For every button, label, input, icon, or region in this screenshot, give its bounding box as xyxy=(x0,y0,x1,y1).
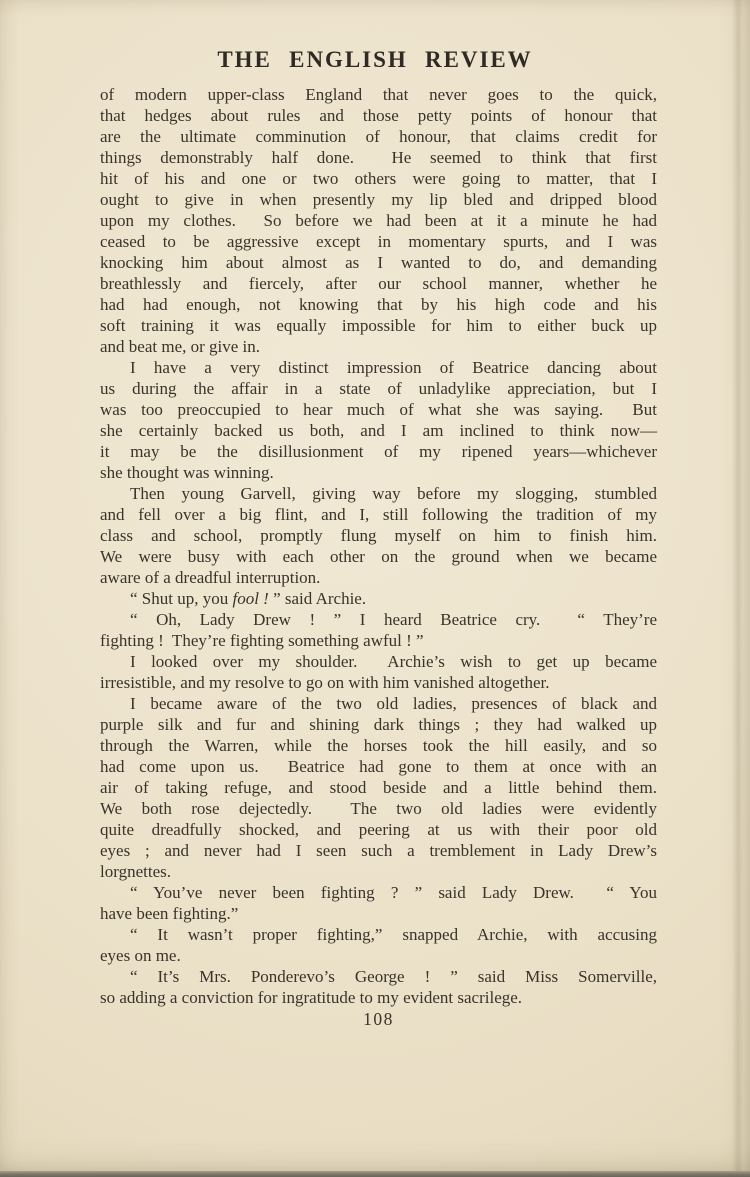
text-line: and beat me, or give in. xyxy=(100,336,657,357)
text-block: of modern upper-class England that never… xyxy=(100,84,657,1030)
text-segment: quite dreadfully shocked, and peering at… xyxy=(100,820,657,839)
text-segment: “ You’ve never been fighting ? ” said La… xyxy=(130,883,657,902)
text-line: We were busy with each other on the grou… xyxy=(100,546,657,567)
paragraph: “ Shut up, you fool ! ” said Archie. xyxy=(100,588,657,609)
text-line: “ It’s Mrs. Ponderevo’s George ! ” said … xyxy=(100,966,657,987)
text-segment: ought to give in when presently my lip b… xyxy=(100,190,657,209)
text-segment: air of taking refuge, and stood beside a… xyxy=(100,778,657,797)
text-line: eyes ; and never had I seen such a tremb… xyxy=(100,840,657,861)
text-line: and fell over a big flint, and I, still … xyxy=(100,504,657,525)
text-segment: ” said Archie. xyxy=(269,589,366,608)
paragraph: “ It wasn’t proper fighting,” snapped Ar… xyxy=(100,924,657,966)
text-segment: she certainly backed us both, and I am i… xyxy=(100,421,657,440)
paragraph: Then young Garvell, giving way before my… xyxy=(100,483,657,588)
text-line: knocking him about almost as I wanted to… xyxy=(100,252,657,273)
text-segment: I looked over my shoulder. Archie’s wish… xyxy=(130,652,657,671)
text-line: had come upon us. Beatrice had gone to t… xyxy=(100,756,657,777)
paragraph: I have a very distinct impression of Bea… xyxy=(100,357,657,483)
italic-text: fool ! xyxy=(232,589,268,608)
text-line: I have a very distinct impression of Bea… xyxy=(100,357,657,378)
text-line: “ Oh, Lady Drew ! ” I heard Beatrice cry… xyxy=(100,609,657,630)
text-segment: purple silk and fur and shining dark thi… xyxy=(100,715,657,734)
text-line: had had enough, not knowing that by his … xyxy=(100,294,657,315)
text-segment: knocking him about almost as I wanted to… xyxy=(100,253,657,272)
paragraph: I looked over my shoulder. Archie’s wish… xyxy=(100,651,657,693)
text-segment: of modern upper-class England that never… xyxy=(100,85,657,104)
text-line: through the Warren, while the horses too… xyxy=(100,735,657,756)
text-line: eyes on me. xyxy=(100,945,657,966)
text-line: was too preoccupied to hear much of what… xyxy=(100,399,657,420)
text-segment: that hedges about rules and those petty … xyxy=(100,106,657,125)
text-segment: “ Shut up, you xyxy=(130,589,232,608)
page-title: THE ENGLISH REVIEW xyxy=(0,47,750,73)
text-line: quite dreadfully shocked, and peering at… xyxy=(100,819,657,840)
text-segment: “ Oh, Lady Drew ! ” I heard Beatrice cry… xyxy=(130,610,657,629)
text-segment: “ It’s Mrs. Ponderevo’s George ! ” said … xyxy=(130,967,657,986)
text-segment: had come upon us. Beatrice had gone to t… xyxy=(100,757,657,776)
text-line: I looked over my shoulder. Archie’s wish… xyxy=(100,651,657,672)
text-line: air of taking refuge, and stood beside a… xyxy=(100,777,657,798)
text-segment: so adding a conviction for ingratitude t… xyxy=(100,988,522,1007)
text-segment: fighting ! They’re fighting something aw… xyxy=(100,631,424,650)
book-page-scan: THE ENGLISH REVIEW of modern upper-class… xyxy=(0,0,750,1177)
text-segment: “ It wasn’t proper fighting,” snapped Ar… xyxy=(130,925,657,944)
text-line: irresistible, and my resolve to go on wi… xyxy=(100,672,657,693)
text-line: have been fighting.” xyxy=(100,903,657,924)
text-segment: Then young Garvell, giving way before my… xyxy=(130,484,657,503)
scan-bottom-edge xyxy=(0,1171,750,1177)
text-line: aware of a dreadful interruption. xyxy=(100,567,657,588)
text-segment: and fell over a big flint, and I, still … xyxy=(100,505,657,524)
text-segment: and beat me, or give in. xyxy=(100,337,260,356)
text-line: ceased to be aggressive except in moment… xyxy=(100,231,657,252)
text-line: breathlessly and fiercely, after our sch… xyxy=(100,273,657,294)
text-line: lorgnettes. xyxy=(100,861,657,882)
text-line: “ You’ve never been fighting ? ” said La… xyxy=(100,882,657,903)
text-line: of modern upper-class England that never… xyxy=(100,84,657,105)
paragraph: “ It’s Mrs. Ponderevo’s George ! ” said … xyxy=(100,966,657,1008)
text-segment: us during the affair in a state of unlad… xyxy=(100,379,657,398)
text-segment: through the Warren, while the horses too… xyxy=(100,736,657,755)
text-segment: I became aware of the two old ladies, pr… xyxy=(130,694,657,713)
paragraphs-container: of modern upper-class England that never… xyxy=(100,84,657,1008)
text-line: hit of his and one or two others were go… xyxy=(100,168,657,189)
text-line: We both rose dejectedly. The two old lad… xyxy=(100,798,657,819)
text-segment: I have a very distinct impression of Bea… xyxy=(130,358,657,377)
text-line: it may be the disillusionment of my ripe… xyxy=(100,441,657,462)
text-segment: she thought was winning. xyxy=(100,463,274,482)
text-segment: eyes on me. xyxy=(100,946,181,965)
paragraph: “ You’ve never been fighting ? ” said La… xyxy=(100,882,657,924)
text-segment: lorgnettes. xyxy=(100,862,171,881)
text-line: soft training it was equally impossible … xyxy=(100,315,657,336)
text-line: us during the affair in a state of unlad… xyxy=(100,378,657,399)
text-segment: it may be the disillusionment of my ripe… xyxy=(100,442,657,461)
text-line: “ Shut up, you fool ! ” said Archie. xyxy=(100,588,657,609)
text-segment: hit of his and one or two others were go… xyxy=(100,169,657,188)
text-segment: irresistible, and my resolve to go on wi… xyxy=(100,673,549,692)
text-segment: eyes ; and never had I seen such a tremb… xyxy=(100,841,657,860)
text-segment: class and school, promptly flung myself … xyxy=(100,526,657,545)
text-line: that hedges about rules and those petty … xyxy=(100,105,657,126)
text-segment: upon my clothes. So before we had been a… xyxy=(100,211,657,230)
text-line: she thought was winning. xyxy=(100,462,657,483)
text-line: are the ultimate comminution of honour, … xyxy=(100,126,657,147)
text-segment: are the ultimate comminution of honour, … xyxy=(100,127,657,146)
text-line: so adding a conviction for ingratitude t… xyxy=(100,987,657,1008)
text-segment: We were busy with each other on the grou… xyxy=(100,547,657,566)
text-segment: have been fighting.” xyxy=(100,904,238,923)
text-segment: aware of a dreadful interruption. xyxy=(100,568,320,587)
text-line: things demonstrably half done. He seemed… xyxy=(100,147,657,168)
paragraph: of modern upper-class England that never… xyxy=(100,84,657,357)
text-line: I became aware of the two old ladies, pr… xyxy=(100,693,657,714)
text-line: purple silk and fur and shining dark thi… xyxy=(100,714,657,735)
text-segment: had had enough, not knowing that by his … xyxy=(100,295,657,314)
text-segment: things demonstrably half done. He seemed… xyxy=(100,148,657,167)
scan-right-crease xyxy=(732,0,743,1177)
text-line: fighting ! They’re fighting something aw… xyxy=(100,630,657,651)
text-line: upon my clothes. So before we had been a… xyxy=(100,210,657,231)
paragraph: “ Oh, Lady Drew ! ” I heard Beatrice cry… xyxy=(100,609,657,651)
text-segment: We both rose dejectedly. The two old lad… xyxy=(100,799,657,818)
text-segment: was too preoccupied to hear much of what… xyxy=(100,400,657,419)
text-segment: soft training it was equally impossible … xyxy=(100,316,657,335)
text-segment: breathlessly and fiercely, after our sch… xyxy=(100,274,657,293)
text-line: she certainly backed us both, and I am i… xyxy=(100,420,657,441)
text-line: ought to give in when presently my lip b… xyxy=(100,189,657,210)
text-segment: ceased to be aggressive except in moment… xyxy=(100,232,657,251)
paragraph: I became aware of the two old ladies, pr… xyxy=(100,693,657,882)
text-line: Then young Garvell, giving way before my… xyxy=(100,483,657,504)
text-line: “ It wasn’t proper fighting,” snapped Ar… xyxy=(100,924,657,945)
text-line: class and school, promptly flung myself … xyxy=(100,525,657,546)
page-number: 108 xyxy=(100,1009,657,1030)
